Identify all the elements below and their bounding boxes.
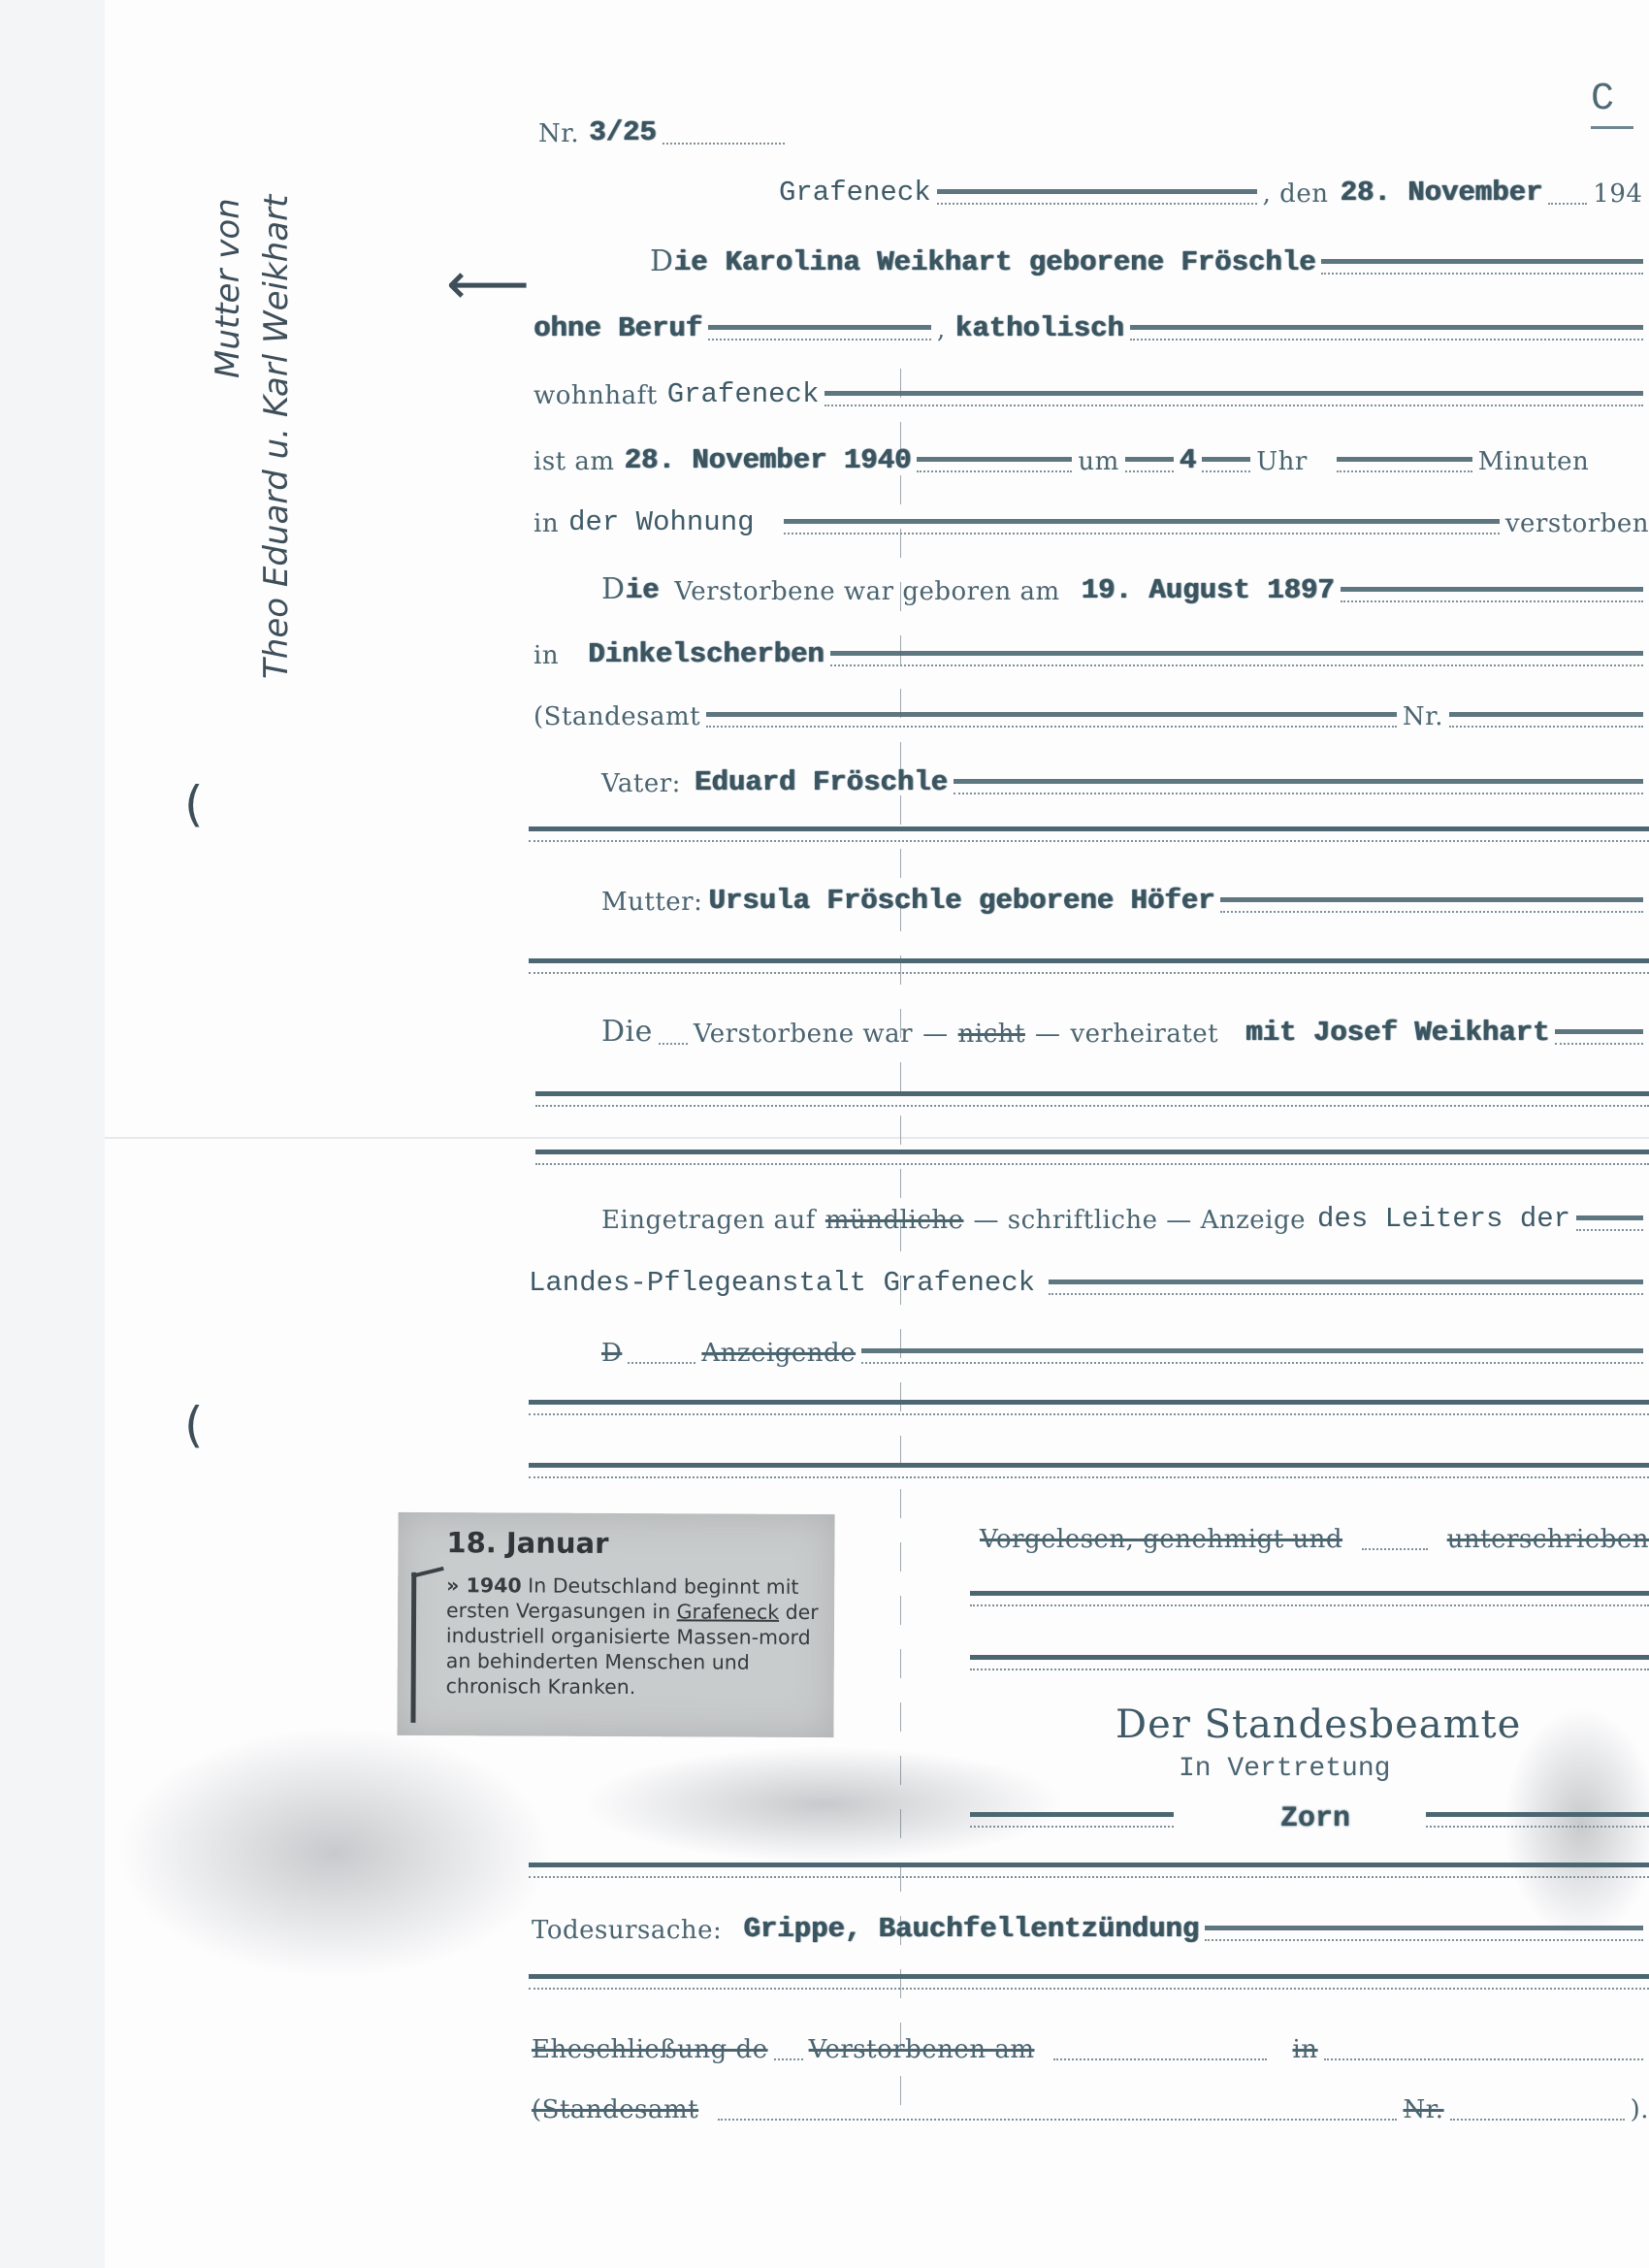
clipping-year: » 1940 [446,1573,522,1597]
death-date-value: 28. November 1940 [625,444,912,476]
informant-line-1-rule [1576,1214,1643,1231]
marital-prefix: Die [601,1015,653,1049]
handwritten-paren-1: ( [184,776,204,832]
occupation-row: ohne Beruf , katholisch [533,312,1649,344]
fold-line-horizontal [105,1137,1649,1139]
mother-row: Mutter: Ursula Fröschle geborene Höfer [601,885,1649,917]
birth-date-value: 19. August 1897 [1082,574,1335,606]
informant-prefix: D [601,1339,622,1368]
entered-label-2: — schriftliche — Anzeige [973,1206,1306,1235]
death-place-line [784,517,1500,535]
handwritten-line-2: Theo Eduard u. Karl Weikhart [257,195,296,679]
marriage-nr-line [1450,2103,1625,2121]
birth-date-line [1341,585,1643,602]
marital-row: Die Verstorbene war — nicht — verheirate… [601,1015,1649,1049]
clipping-body: » 1940 In Deutschland beginnt mit ersten… [446,1572,825,1701]
died-label: verstorben [1505,509,1649,538]
spouse-extra-line-1 [535,1091,1649,1115]
read-approved-line [1362,1533,1428,1550]
entered-row: Eingetragen auf mündliche — schriftliche… [601,1203,1649,1235]
marriage-place-line [1324,2043,1643,2060]
registrar-line-right [1426,1812,1649,1835]
marriage-label-2: Verstorbenen am [809,2035,1035,2064]
birthplace-value: Dinkelscherben [588,638,824,670]
minute-line [1337,455,1472,472]
occupation-line [708,323,931,340]
death-place-label: in [533,509,559,538]
birthplace-row: in Dinkelscherben [533,638,1649,670]
mother-label: Mutter: [601,888,702,917]
place-date-row: Grafeneck , den 28. November 19 4 [779,177,1649,209]
marriage-registry-label: (Standesamt [532,2095,698,2124]
deceased-name-row: D ie Karolina Weikhart geborene Fröschle [650,244,1649,278]
spouse-value: mit Josef Weikhart [1245,1017,1549,1049]
toner-smudge [116,1727,553,1979]
toner-smudge [582,1746,1067,1863]
birth-label: Verstorbene war geboren am [674,577,1059,606]
residence-value: Grafeneck [667,378,820,410]
informant-line-2: Landes-Pflegeanstalt Grafeneck [529,1267,1035,1299]
cause-extra-line [529,1974,1649,1997]
birth-row: D ie Verstorbene war geboren am 19. Augu… [601,572,1649,606]
clipping-underlined: Grafeneck [677,1600,780,1624]
marital-label: Verstorbene war [694,1020,913,1049]
father-line [954,777,1643,794]
date-line [1548,187,1587,205]
marital-prefix-line [659,1027,688,1045]
informant-extra-line-1 [529,1400,1649,1423]
informant-signature-line [861,1346,1643,1364]
death-date-label: ist am [533,447,615,476]
year-prefix: 19 [1593,179,1626,209]
marriage-label: Eheschließung de [532,2035,768,2064]
birth-registry-nr-line [1449,710,1643,728]
clipping-date: 18. Januar [446,1526,608,1560]
handwritten-note: Mutter von Theo Eduard u. Karl Weikhart [199,58,451,689]
register-number-value: 3/25 [589,116,657,148]
registrar-line-left [970,1812,1174,1835]
marriage-nr-label: Nr. [1403,2095,1443,2124]
deceased-prefix: D [650,244,674,278]
birthplace-line [830,649,1643,666]
birth-registry-row: (Standesamt Nr. [533,702,1649,731]
date-value: 28. November [1340,177,1542,209]
informant-label: Anzeigende [701,1339,856,1368]
marriage-row: Eheschließung de Verstorbenen am in [532,2035,1649,2064]
birthplace-label: in [533,641,559,670]
register-number-row: Nr. 3/25 [538,116,791,148]
birth-suffix: ie [626,574,660,606]
handwritten-line-1: Mutter von [209,198,247,378]
date-label: , den [1263,179,1329,209]
father-value: Eduard Fröschle [695,766,948,798]
religion-value: katholisch [955,312,1124,344]
register-number-line [663,127,785,145]
death-date-row: ist am 28. November 1940 um 4 Uhr Minute… [533,444,1649,476]
cause-value: Grippe, Bauchfellentzündung [743,1913,1199,1945]
marriage-in: in [1292,2035,1317,2064]
registrar-subtitle: In Vertretung [1179,1754,1390,1784]
signed-label: unterschrieben [1447,1525,1649,1554]
read-approved-label: Vorgelesen, genehmigt und [980,1525,1342,1554]
residence-row: wohnhaft Grafeneck [533,378,1649,410]
informant-line-2-rule [1049,1278,1643,1295]
marital-label-2: verheiratet [1070,1020,1218,1049]
section-divider [529,1863,1649,1868]
marriage-prefix-line [774,2043,803,2060]
handwritten-paren-2: ( [184,1397,204,1453]
birth-registry-line [706,710,1397,728]
informant-line-1: des Leiters der [1317,1203,1570,1235]
place-value: Grafeneck [779,177,931,209]
birth-registry-nr-label: Nr. [1403,702,1443,731]
deceased-suffix: ie [674,246,708,278]
birth-prefix: D [601,572,626,606]
hour-line-b [1202,455,1250,472]
death-hour-value: 4 [1180,444,1196,476]
informant-row-2: Landes-Pflegeanstalt Grafeneck [529,1267,1649,1299]
newspaper-clipping: 18. Januar » 1940 In Deutschland beginnt… [397,1512,834,1737]
father-label: Vater: [601,769,681,798]
father-extra-line [529,826,1649,850]
informant-prefix-line [628,1346,695,1364]
cause-label: Todesursache: [532,1916,722,1945]
signature-line-2 [970,1655,1649,1678]
uhr-label: Uhr [1256,447,1308,476]
residence-label: wohnhaft [533,381,658,410]
marriage-registry-line [718,2103,1397,2121]
mother-value: Ursula Fröschle geborene Höfer [708,885,1214,917]
entered-label: Eingetragen auf [601,1206,816,1235]
deceased-name-line [1321,257,1643,275]
birth-registry-label: (Standesamt [533,702,700,731]
death-place-row: in der Wohnung verstorben [533,506,1649,538]
death-date-line [917,455,1072,472]
place-line [937,187,1257,205]
marriage-registry-row: (Standesamt Nr. ). [532,2095,1649,2124]
arrow-left-icon: ⟵ [446,250,530,318]
year-suffix: 4 [1626,179,1642,209]
signature-line-1 [970,1591,1649,1614]
clipping-side-bar [410,1572,416,1723]
residence-line [824,389,1643,406]
scan-margin [0,0,105,2268]
entered-struck: mündliche [825,1206,964,1235]
cause-row: Todesursache: Grippe, Bauchfellentzündun… [532,1913,1649,1945]
cause-line [1205,1924,1643,1941]
marital-struck: nicht [958,1020,1025,1049]
occupation-value: ohne Beruf [533,312,702,344]
mother-extra-line [529,958,1649,982]
informant-extra-line-2 [529,1463,1649,1486]
um-label: um [1078,447,1118,476]
father-row: Vater: Eduard Fröschle [601,766,1649,798]
registrar-name: Zorn [1280,1802,1350,1835]
marriage-close: ). [1631,2095,1649,2124]
corner-mark: C [1591,78,1614,121]
spouse-line [1555,1027,1643,1045]
religion-line [1130,323,1643,340]
informant-signature-row: D Anzeigende [601,1339,1649,1368]
minute-label: Minuten [1478,447,1590,476]
deceased-name: Karolina Weikhart geborene Fröschle [725,246,1315,278]
spouse-extra-line-2 [535,1150,1649,1173]
mother-line [1220,895,1643,913]
registrar-title: Der Standesbeamte [1115,1702,1521,1747]
read-approved-row: Vorgelesen, genehmigt und unterschrieben [980,1525,1649,1554]
hour-line-a [1125,455,1174,472]
register-number-label: Nr. [538,119,579,148]
death-place-value: der Wohnung [568,506,754,538]
marriage-date-line [1053,2043,1267,2060]
